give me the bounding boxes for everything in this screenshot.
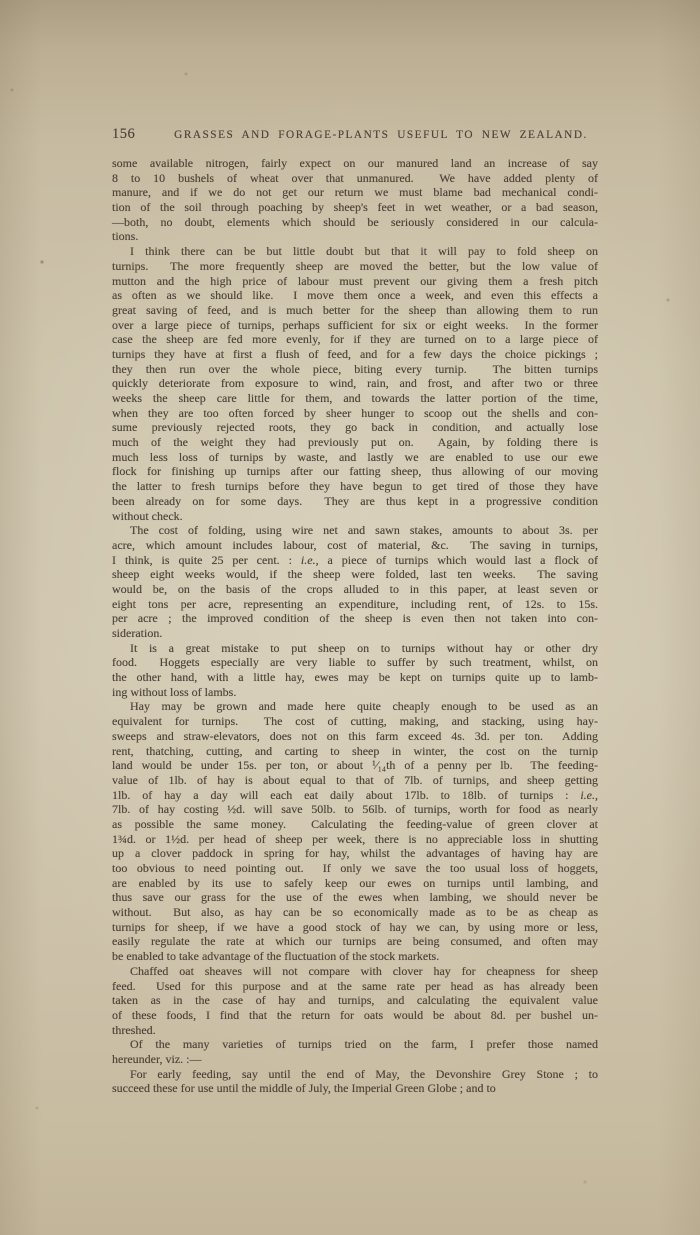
text-line: per acre ; the improved condition of the… [112, 611, 598, 626]
text-line: mutton and the high price of labour must… [112, 274, 598, 289]
text-line: as often as we should like. I move them … [112, 288, 598, 303]
text-line: It is a great mistake to put sheep on to… [112, 641, 598, 656]
text-line: the latter to fresh turnips before they … [112, 479, 598, 494]
text-line: flock for finishing up turnips after our… [112, 464, 598, 479]
text-line: been already on for some days. They are … [112, 494, 598, 509]
text-line: ing without loss of lambs. [112, 685, 598, 700]
text-line: eight tons per acre, representing an exp… [112, 597, 598, 612]
text-line: value of 1lb. of hay is about equal to t… [112, 773, 598, 788]
text-line: hereunder, viz. :— [112, 1052, 598, 1067]
paragraph: Chaffed oat sheaves will not compare wit… [112, 964, 598, 1037]
text-line: great saving of feed, and is much better… [112, 303, 598, 318]
paragraph: some available nitrogen, fairly expect o… [112, 156, 598, 244]
text-line: weeks the sheep care little for them, an… [112, 391, 598, 406]
text-line: the other hand, with a little hay, ewes … [112, 670, 598, 685]
text-line: —both, no doubt, elements which should b… [112, 215, 598, 230]
text-line: 1¾d. or 1½d. per head of sheep per week,… [112, 832, 598, 847]
text-line: food. Hoggets especially are very liable… [112, 655, 598, 670]
text-line: when they are too often forced by sheer … [112, 406, 598, 421]
paragraph: Of the many varieties of turnips tried o… [112, 1037, 598, 1066]
text-line: sume previously rejected roots, they go … [112, 420, 598, 435]
text-line: much of the weight they had previously p… [112, 435, 598, 450]
text-line: up a clover paddock in spring for hay, w… [112, 846, 598, 861]
text-line: turnips for sheep, if we have a good sto… [112, 920, 598, 935]
paragraph: For early feeding, say until the end of … [112, 1067, 598, 1096]
text-line: without check. [112, 509, 598, 524]
paragraph: I think there can be but little doubt bu… [112, 244, 598, 523]
text-line: equivalent for turnips. The cost of cutt… [112, 714, 598, 729]
text-line: 8 to 10 bushels of wheat over that unman… [112, 171, 598, 186]
text-line: easily regulate the rate at which our tu… [112, 934, 598, 949]
text-line: rent, thatching, cutting, and carting to… [112, 744, 598, 759]
text-line: sideration. [112, 626, 598, 641]
text-line: turnips they have at first a flush of fe… [112, 347, 598, 362]
paragraph: It is a great mistake to put sheep on to… [112, 641, 598, 700]
text-line: sweeps and straw-elevators, does not on … [112, 729, 598, 744]
text-line: manure, and if we do not get our return … [112, 185, 598, 200]
text-line: 7lb. of hay costing ½d. will save 50lb. … [112, 802, 598, 817]
text-line: Hay may be grown and made here quite che… [112, 699, 598, 714]
text-line: taken as in the case of hay and turnips,… [112, 993, 598, 1008]
text-line: I think there can be but little doubt bu… [112, 244, 598, 259]
text-line: over a large piece of turnips, perhaps s… [112, 318, 598, 333]
page-number: 156 [112, 126, 164, 143]
text-line: land would be under 15s. per ton, or abo… [112, 758, 598, 773]
text-line: For early feeding, say until the end of … [112, 1067, 598, 1082]
text-line: they then run over the whole piece, biti… [112, 362, 598, 377]
text-line: 1lb. of hay a day will each eat daily ab… [112, 788, 598, 803]
text-line: succeed these for use until the middle o… [112, 1081, 598, 1096]
paragraph: Hay may be grown and made here quite che… [112, 699, 598, 963]
paragraph: The cost of folding, using wire net and … [112, 523, 598, 641]
text-line: are enabled by its use to safely keep ou… [112, 876, 598, 891]
text-line: turnips. The more frequently sheep are m… [112, 259, 598, 274]
text-line: be enabled to take advantage of the fluc… [112, 949, 598, 964]
text-line: case the sheep are fed more evenly, for … [112, 332, 598, 347]
text-line: threshed. [112, 1023, 598, 1038]
text-line: acre, which amount includes labour, cost… [112, 538, 598, 553]
book-page: 156 GRASSES AND FORAGE-PLANTS USEFUL TO … [112, 126, 598, 1096]
text-line: some available nitrogen, fairly expect o… [112, 156, 598, 171]
text-line: Of the many varieties of turnips tried o… [112, 1037, 598, 1052]
running-title: GRASSES AND FORAGE-PLANTS USEFUL TO NEW … [164, 129, 598, 141]
text-line: much less loss of turnips by waste, and … [112, 450, 598, 465]
text-line: tions. [112, 229, 598, 244]
page-body: some available nitrogen, fairly expect o… [112, 156, 598, 1096]
text-line: would be, on the basis of the crops allu… [112, 582, 598, 597]
text-line: thus save our grass for the use of the e… [112, 890, 598, 905]
text-line: of these foods, I find that the return f… [112, 1008, 598, 1023]
text-line: tion of the soil through poaching by she… [112, 200, 598, 215]
text-line: feed. Used for this purpose and at the s… [112, 979, 598, 994]
text-line: Chaffed oat sheaves will not compare wit… [112, 964, 598, 979]
text-line: The cost of folding, using wire net and … [112, 523, 598, 538]
text-line: I think, is quite 25 per cent. : i.e., a… [112, 553, 598, 568]
text-line: as possible the same money. Calculating … [112, 817, 598, 832]
text-line: sheep eight weeks would, if the sheep we… [112, 567, 598, 582]
text-line: too obvious to need pointing out. If onl… [112, 861, 598, 876]
running-header: 156 GRASSES AND FORAGE-PLANTS USEFUL TO … [112, 126, 598, 143]
text-line: without. But also, as hay can be so econ… [112, 905, 598, 920]
text-line: quickly deteriorate from exposure to win… [112, 376, 598, 391]
